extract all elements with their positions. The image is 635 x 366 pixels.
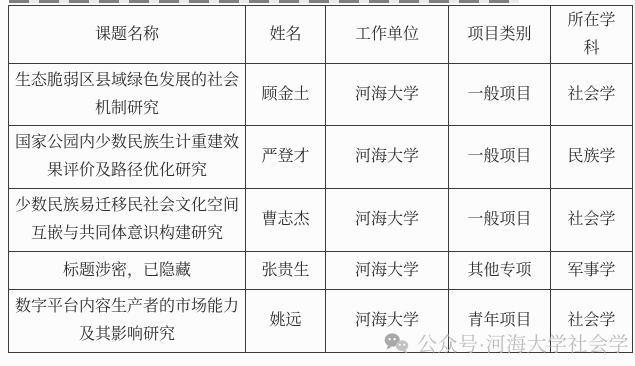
cell-discipline: 社会学 (551, 64, 633, 126)
cell-project-title: 国家公园内少数民族生计重建效果评价及路径优化研究 (9, 126, 246, 189)
cell-project-category: 其他专项 (449, 252, 551, 290)
column-header-discipline: 所在学科 (551, 6, 633, 64)
column-header-work-unit: 工作单位 (326, 6, 449, 64)
cell-project-title: 生态脆弱区县域绿色发展的社会机制研究 (9, 64, 246, 126)
cell-project-title: 少数民族易迁移民社会文化空间互嵌与共同体意识构建研究 (9, 189, 246, 252)
cell-discipline: 民族学 (551, 126, 633, 189)
cell-work-unit: 河海大学 (326, 252, 449, 290)
cell-project-title: 数字平台内容生产者的市场能力及其影响研究 (9, 290, 246, 353)
table-row: 生态脆弱区县域绿色发展的社会机制研究 顾金土 河海大学 一般项目 社会学 (9, 64, 633, 126)
cell-project-category: 青年项目 (449, 290, 551, 353)
cell-project-title: 标题涉密，已隐藏 (9, 252, 246, 290)
table-row: 国家公园内少数民族生计重建效果评价及路径优化研究 严登才 河海大学 一般项目 民… (9, 126, 633, 189)
table-row: 少数民族易迁移民社会文化空间互嵌与共同体意识构建研究 曹志杰 河海大学 一般项目… (9, 189, 633, 252)
cell-name: 张贵生 (246, 252, 326, 290)
table-row: 数字平台内容生产者的市场能力及其影响研究 姚远 河海大学 青年项目 社会学 (9, 290, 633, 353)
cell-name: 严登才 (246, 126, 326, 189)
cell-work-unit: 河海大学 (326, 290, 449, 353)
cell-project-category: 一般项目 (449, 126, 551, 189)
cell-name: 姚远 (246, 290, 326, 353)
column-header-name: 姓名 (246, 6, 326, 64)
cell-project-category: 一般项目 (449, 64, 551, 126)
cell-name: 曹志杰 (246, 189, 326, 252)
cell-discipline: 社会学 (551, 189, 633, 252)
cell-work-unit: 河海大学 (326, 126, 449, 189)
column-header-project-title: 课题名称 (9, 6, 246, 64)
screenshot-root: 课题名称 姓名 工作单位 项目类别 所在学科 生态脆弱区县域绿色发展的社会机制研… (0, 0, 635, 366)
cell-discipline: 社会学 (551, 290, 633, 353)
cell-work-unit: 河海大学 (326, 189, 449, 252)
projects-table: 课题名称 姓名 工作单位 项目类别 所在学科 生态脆弱区县域绿色发展的社会机制研… (8, 5, 633, 353)
cell-discipline: 军事学 (551, 252, 633, 290)
cell-work-unit: 河海大学 (326, 64, 449, 126)
header-row: 课题名称 姓名 工作单位 项目类别 所在学科 (9, 6, 633, 64)
top-edge-artifact (9, 0, 519, 3)
cell-project-category: 一般项目 (449, 189, 551, 252)
column-header-project-category: 项目类别 (449, 6, 551, 64)
table-row: 标题涉密，已隐藏 张贵生 河海大学 其他专项 军事学 (9, 252, 633, 290)
cell-name: 顾金土 (246, 64, 326, 126)
